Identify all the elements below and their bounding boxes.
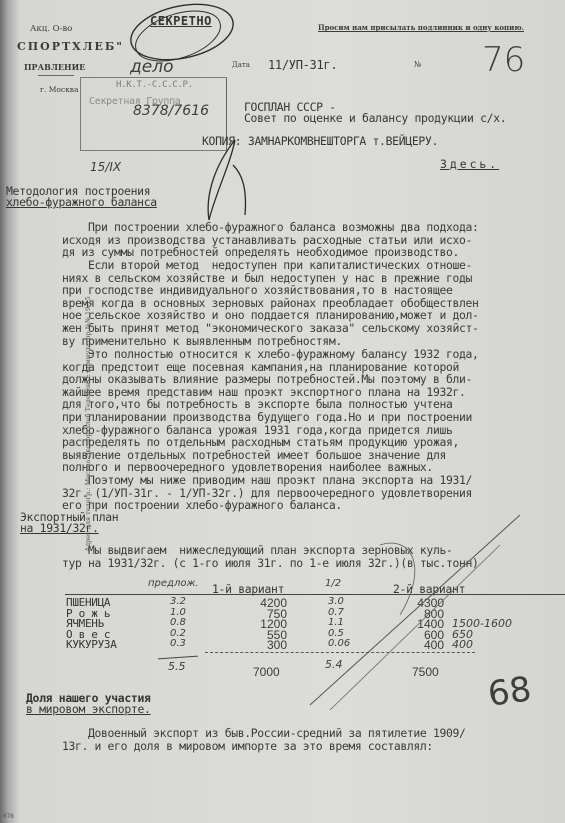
variant1-value: 300 — [255, 638, 287, 652]
incoming-number: 8378/7616 — [133, 103, 209, 119]
handwritten-delo: дело — [130, 57, 173, 77]
org-type: Акц. О-во — [30, 24, 72, 34]
paragraph: Это полностью относится к хлебо-фуражном… — [62, 348, 552, 474]
hand-header-1: предлож. — [148, 578, 199, 589]
stamp-org: Н.К.Т.-С.С.С.Р. — [116, 80, 193, 90]
crop-name: КУКУРУЗА — [66, 638, 117, 651]
section3-text: Довоенный экспорт из быв.России-средний … — [62, 727, 552, 752]
secret-label: СЕКРЕТНО — [150, 14, 212, 28]
addressee-line2: Совет по оценке и балансу продукции с/х. — [244, 111, 506, 125]
hand-total-1: 5.5 — [168, 660, 186, 673]
department: ПРАВЛЕНИЕ — [24, 62, 85, 72]
section3-title-line2: в мировом экспорте. — [26, 702, 151, 716]
city: г. Москва — [40, 85, 78, 94]
hand-share-1: 3.2 — [170, 596, 186, 607]
hand-share-1: 0.8 — [170, 617, 186, 628]
document-page: Акц. О-во СПОРТХЛЕБ" ПРАВЛЕНИЕ г. Москва… — [0, 0, 565, 823]
paragraph: Если второй метод недоступен при капитал… — [62, 259, 552, 347]
divider — [38, 75, 74, 76]
page-handwritten-number: 68 — [485, 669, 533, 715]
margin-vertical-text: Адрес для телегр.: Москва Экспортхлеб Те… — [84, 296, 92, 552]
handwritten-date: 15/IX — [90, 160, 121, 174]
footer-mark: 078 — [3, 813, 14, 820]
signature-mark — [195, 135, 265, 225]
paragraph: При построении хлебо-фуражного баланса в… — [62, 221, 552, 259]
hand-share-1: 1.0 — [170, 607, 186, 618]
hand-share-1: 0.2 — [170, 628, 186, 639]
org-name: СПОРТХЛЕБ" — [17, 40, 124, 53]
addressee-local: Здесь. — [440, 157, 499, 171]
section1-title-line2: хлебо-фуражного баланса — [6, 195, 157, 209]
number-label: № — [414, 60, 422, 69]
hand-share-1: 0.3 — [170, 638, 186, 649]
request-note: Просим нам присылать подлинник и одну ко… — [318, 23, 524, 32]
hand-sum-line — [158, 656, 198, 660]
date-value: 11/УП-31г. — [268, 58, 337, 72]
total-variant1: 7000 — [253, 665, 280, 679]
document-number: 76 — [482, 40, 525, 80]
